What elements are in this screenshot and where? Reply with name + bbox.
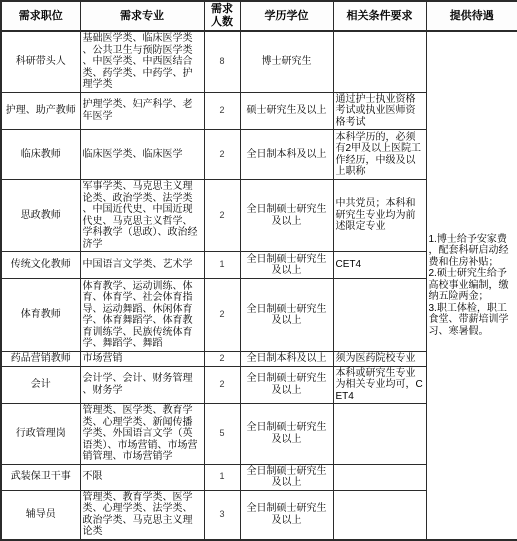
recruitment-table: 需求职位 需求专业 需求人数 学历学位 相关条件要求 提供待遇 科研带头人 基础… xyxy=(0,0,517,541)
requirements-cell: 通过护士执业资格考试或执业医师资格考试 xyxy=(333,92,426,130)
header-majors: 需求专业 xyxy=(80,1,204,31)
position-cell: 科研带头人 xyxy=(1,31,80,92)
requirements-cell: 须为医药院校专业 xyxy=(333,352,426,367)
count-cell: 2 xyxy=(204,180,240,252)
count-cell: 8 xyxy=(204,31,240,92)
majors-cell: 体育教学、运动训练、体育、体育学、社会体育指导、运动舞蹈、休闲体育学、体育舞蹈学… xyxy=(80,279,204,352)
header-degree: 学历学位 xyxy=(240,1,333,31)
position-cell: 体育教师 xyxy=(1,279,80,352)
degree-cell: 硕士研究生及以上 xyxy=(240,92,333,130)
majors-cell: 管理类、教育学类、医学类、心理学类、法学类、政治学类、马克思主义理论类 xyxy=(80,490,204,540)
position-cell: 行政管理岗 xyxy=(1,404,80,465)
position-cell: 护理、助产教师 xyxy=(1,92,80,130)
degree-cell: 全日制硕士研究生及以上 xyxy=(240,464,333,490)
degree-cell: 全日制本科及以上 xyxy=(240,352,333,367)
header-position: 需求职位 xyxy=(1,1,80,31)
majors-cell: 护理学类、妇产科学、老年医学 xyxy=(80,92,204,130)
table-row: 科研带头人 基础医学类、临床医学类、公共卫生与预防医学类、中医学类、中西医结合类… xyxy=(1,31,517,92)
header-count: 需求人数 xyxy=(204,1,240,31)
degree-cell: 全日制本科及以上 xyxy=(240,130,333,180)
count-cell: 2 xyxy=(204,352,240,367)
degree-cell: 全日制硕士研究生及以上 xyxy=(240,180,333,252)
position-cell: 辅导员 xyxy=(1,490,80,540)
count-cell: 2 xyxy=(204,366,240,404)
position-cell: 传统文化教师 xyxy=(1,252,80,279)
count-cell: 1 xyxy=(204,252,240,279)
count-cell: 3 xyxy=(204,490,240,540)
majors-cell: 市场营销 xyxy=(80,352,204,367)
count-cell: 2 xyxy=(204,279,240,352)
requirements-cell xyxy=(333,279,426,352)
requirements-cell: 本科或研究生专业为相关专业均可，CET4 xyxy=(333,366,426,404)
requirements-cell: CET4 xyxy=(333,252,426,279)
degree-cell: 全日制硕士研究生及以上 xyxy=(240,366,333,404)
degree-cell: 全日制硕士研究生及以上 xyxy=(240,252,333,279)
position-cell: 思政教师 xyxy=(1,180,80,252)
header-benefits: 提供待遇 xyxy=(426,1,517,31)
majors-cell: 不限 xyxy=(80,464,204,490)
majors-cell: 临床医学类、临床医学 xyxy=(80,130,204,180)
count-cell: 1 xyxy=(204,464,240,490)
position-cell: 临床教师 xyxy=(1,130,80,180)
table-header-row: 需求职位 需求专业 需求人数 学历学位 相关条件要求 提供待遇 xyxy=(1,1,517,31)
requirements-cell xyxy=(333,31,426,92)
majors-cell: 基础医学类、临床医学类、公共卫生与预防医学类、中医学类、中西医结合类、药学类、中… xyxy=(80,31,204,92)
count-cell: 5 xyxy=(204,404,240,465)
majors-cell: 军事学类、马克思主义理论类、政治学类、法学类、中国近代史、中国近现代史、马克思主… xyxy=(80,180,204,252)
degree-cell: 博士研究生 xyxy=(240,31,333,92)
requirements-cell xyxy=(333,464,426,490)
count-cell: 2 xyxy=(204,130,240,180)
majors-cell: 会计学、会计、财务管理、财务学 xyxy=(80,366,204,404)
degree-cell: 全日制硕士研究生及以上 xyxy=(240,404,333,465)
requirements-cell: 中共党员；本科和研究生专业均为前述限定专业 xyxy=(333,180,426,252)
requirements-cell: 本科学历的，必须有2甲及以上医院工作经历，中级及以上职称 xyxy=(333,130,426,180)
position-cell: 武装保卫干事 xyxy=(1,464,80,490)
degree-cell: 全日制硕士研究生及以上 xyxy=(240,490,333,540)
requirements-cell xyxy=(333,490,426,540)
majors-cell: 中国语言文学类、艺术学 xyxy=(80,252,204,279)
header-requirements: 相关条件要求 xyxy=(333,1,426,31)
benefits-cell: 1.博士给予安家费，配套科研启动经费和住房补贴； 2.硕士研究生给予高校事业编制… xyxy=(426,31,517,540)
degree-cell: 全日制硕士研究生及以上 xyxy=(240,279,333,352)
requirements-cell xyxy=(333,404,426,465)
majors-cell: 管理类、医学类、教育学类、心理学类、新闻传播学类、外国语言文学（英语类）、市场营… xyxy=(80,404,204,465)
count-cell: 2 xyxy=(204,92,240,130)
position-cell: 会计 xyxy=(1,366,80,404)
position-cell: 药品营销教师 xyxy=(1,352,80,367)
